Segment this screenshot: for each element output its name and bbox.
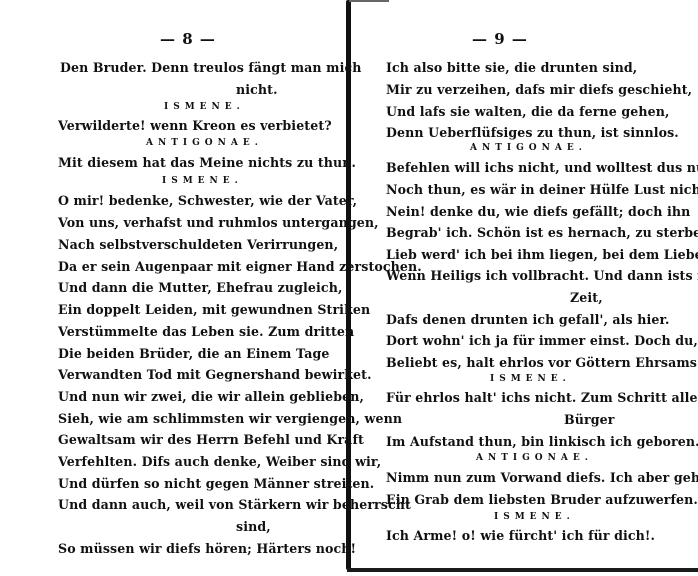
verse-line: Dafs denen drunten ich gefall', als hier… (386, 312, 670, 327)
verse-line: Lieb werd' ich bei ihm liegen, bei dem L… (386, 247, 698, 262)
verse-line: Ein doppelt Leiden, mit gewundnen Strike… (58, 302, 370, 317)
verse-line: So müssen wir diefs hören; Härters noch! (58, 541, 356, 556)
verse-line: sind, (236, 519, 271, 534)
verse-line: Nach selbstverschuldeten Verirrungen, (58, 237, 338, 252)
left-page: — 8 — Den Bruder. Denn treulos fängt man… (0, 0, 348, 576)
book-gutter (346, 0, 351, 570)
speaker-name: ANTIGONAE. (470, 143, 587, 153)
verse-line: Von uns, verhafst und ruhmlos untergange… (58, 215, 379, 230)
verse-line: Und lafs sie walten, die da ferne gehen, (386, 104, 669, 119)
verse-line: Verwandten Tod mit Gegnershand bewirket. (58, 367, 372, 382)
page-number: — 9 — (472, 30, 528, 48)
verse-line: Den Bruder. Denn treulos fängt man mich (60, 60, 362, 75)
verse-line: Verfehlten. Difs auch denke, Weiber sind… (58, 454, 381, 469)
verse-line: Die beiden Brüder, die an Einem Tage (58, 346, 330, 361)
verse-line: Mit diesem hat das Meine nichts zu thun. (58, 155, 356, 170)
speaker-name: ANTIGONAE. (146, 138, 263, 148)
verse-line: Zeit, (570, 290, 603, 305)
verse-line: O mir! bedenke, Schwester, wie der Vater… (58, 193, 357, 208)
verse-line: Denn Ueberflüfsiges zu thun, ist sinnlos… (386, 125, 679, 140)
speaker-name: ISMENE. (494, 512, 575, 522)
speaker-name: ISMENE. (164, 102, 245, 112)
verse-line: Ich also bitte sie, die drunten sind, (386, 60, 637, 75)
verse-line: Verwilderte! wenn Kreon es verbietet? (58, 118, 332, 133)
verse-line: Im Aufstand thun, bin linkisch ich gebor… (386, 434, 698, 449)
verse-line: Begrab' ich. Schön ist es hernach, zu st… (386, 225, 698, 240)
verse-line: Wenn Heiligs ich vollbracht. Und dann is… (386, 268, 698, 283)
speaker-name: ISMENE. (162, 176, 243, 186)
verse-line: Ein Grab dem liebsten Bruder aufzuwerfen… (386, 492, 698, 507)
verse-line: Für ehrlos halt' ichs nicht. Zum Schritt… (386, 390, 698, 405)
verse-line: Und dürfen so nicht gegen Männer streite… (58, 476, 374, 491)
verse-line: Bürger (564, 412, 615, 427)
verse-line: Dort wohn' ich ja für immer einst. Doch … (386, 333, 698, 348)
verse-line: Und dann die Mutter, Ehefrau zugleich, (58, 280, 342, 295)
page-number: — 8 — (160, 30, 216, 48)
verse-line: Beliebt es, halt ehrlos vor Göttern Ehrs… (386, 355, 698, 370)
verse-line: nicht. (236, 82, 278, 97)
right-page: — 9 — Ich also bitte sie, die drunten si… (352, 0, 698, 576)
verse-line: Noch thun, es wär in deiner Hülfe Lust n… (386, 182, 698, 197)
verse-line: Nein! denke du, wie diefs gefällt; doch … (386, 204, 690, 219)
verse-line: Nimm nun zum Vorwand diefs. Ich aber geh… (386, 470, 698, 485)
verse-line: Befehlen will ichs nicht, und wolltest d… (386, 160, 698, 175)
verse-line: Gewaltsam wir des Herrn Befehl und Kraft (58, 432, 364, 447)
verse-line: Und nun wir zwei, die wir allein geblieb… (58, 389, 364, 404)
verse-line: Ich Arme! o! wie fürcht' ich für dich!. (386, 528, 655, 543)
speaker-name: ISMENE. (490, 374, 571, 384)
verse-line: Verstümmelte das Leben sie. Zum dritten (58, 324, 354, 339)
verse-line: Mir zu verzeihen, dafs mir diefs geschie… (386, 82, 692, 97)
speaker-name: ANTIGONAE. (476, 453, 593, 463)
